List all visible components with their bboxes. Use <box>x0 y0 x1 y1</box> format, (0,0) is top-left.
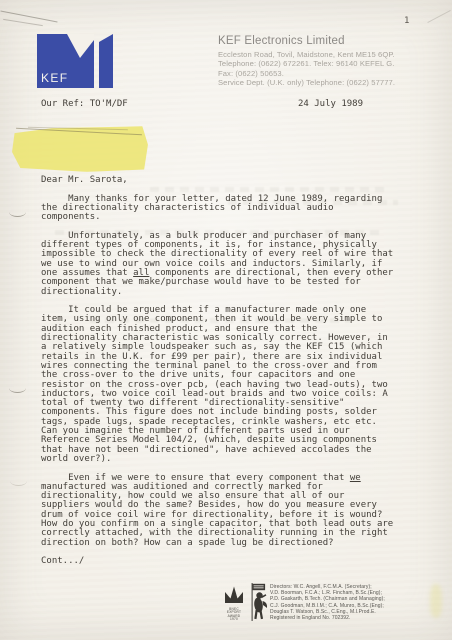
punch-hole-mark <box>9 383 26 393</box>
british-made-lion-emblem <box>249 583 269 623</box>
reference-row: Our Ref: TO'M/DF 24 July 1989 <box>41 99 411 109</box>
company-name: KEF Electronics Limited <box>218 35 395 47</box>
letter-paragraphs: Many thanks for your letter, dated 12 Ju… <box>41 195 413 548</box>
crown-icon <box>222 585 246 604</box>
letter-date: 24 July 1989 <box>298 99 363 109</box>
kef-logo-icon: KEF <box>37 33 115 89</box>
lion-rampant-icon <box>249 583 269 623</box>
letter-paragraph: Many thanks for your letter, dated 12 Ju… <box>41 195 413 223</box>
kef-logo-text: KEF <box>41 71 69 85</box>
letter-paragraph: Even if we were to ensure that every com… <box>41 474 413 548</box>
salutation: Dear Mr. Sarota, <box>41 176 413 185</box>
directors-list: Directors: W.C. Angell, F.C.M.A. (Secret… <box>270 584 412 621</box>
scanned-letter-page: 1 KEF KEF Electronics Limited Eccleston … <box>0 0 452 640</box>
kef-logo-graphic: KEF <box>37 33 115 89</box>
letter-body: Dear Mr. Sarota, Many thanks for your le… <box>41 176 413 566</box>
page-number: 1 <box>404 16 409 26</box>
letter-paragraph: It could be argued that if a manufacture… <box>41 306 413 464</box>
scan-artifact-pen-mark <box>427 10 450 23</box>
scan-artifact-pen-mark <box>3 19 43 26</box>
continuation-mark: Cont.../ <box>41 557 413 566</box>
highlighter-redaction <box>12 125 148 172</box>
bnec-export-award-emblem: BNEC EXPORT AWARD 1970 <box>221 585 247 622</box>
letter-paragraph: Unfortunately, as a bulk producer and pu… <box>41 232 413 297</box>
letterhead: KEF Electronics Limited Eccleston Road, … <box>218 35 395 88</box>
award-caption: 1970 <box>221 618 247 621</box>
directors-line: Registered in England No. 702392. <box>270 615 412 621</box>
address-line: Telephone: (0622) 672261. Telex: 96140 K… <box>218 59 395 68</box>
address-line: Fax: (0622) 50653. <box>218 69 395 78</box>
highlighter-smudge <box>430 584 442 618</box>
punch-hole-mark <box>9 207 26 217</box>
our-ref: Our Ref: TO'M/DF <box>41 99 128 109</box>
punch-hole-mark <box>10 476 27 486</box>
address-line: Service Dept. (U.K. only) Telephone: (06… <box>218 78 395 87</box>
address-line: Eccleston Road, Tovil, Maidstone, Kent M… <box>218 50 395 59</box>
